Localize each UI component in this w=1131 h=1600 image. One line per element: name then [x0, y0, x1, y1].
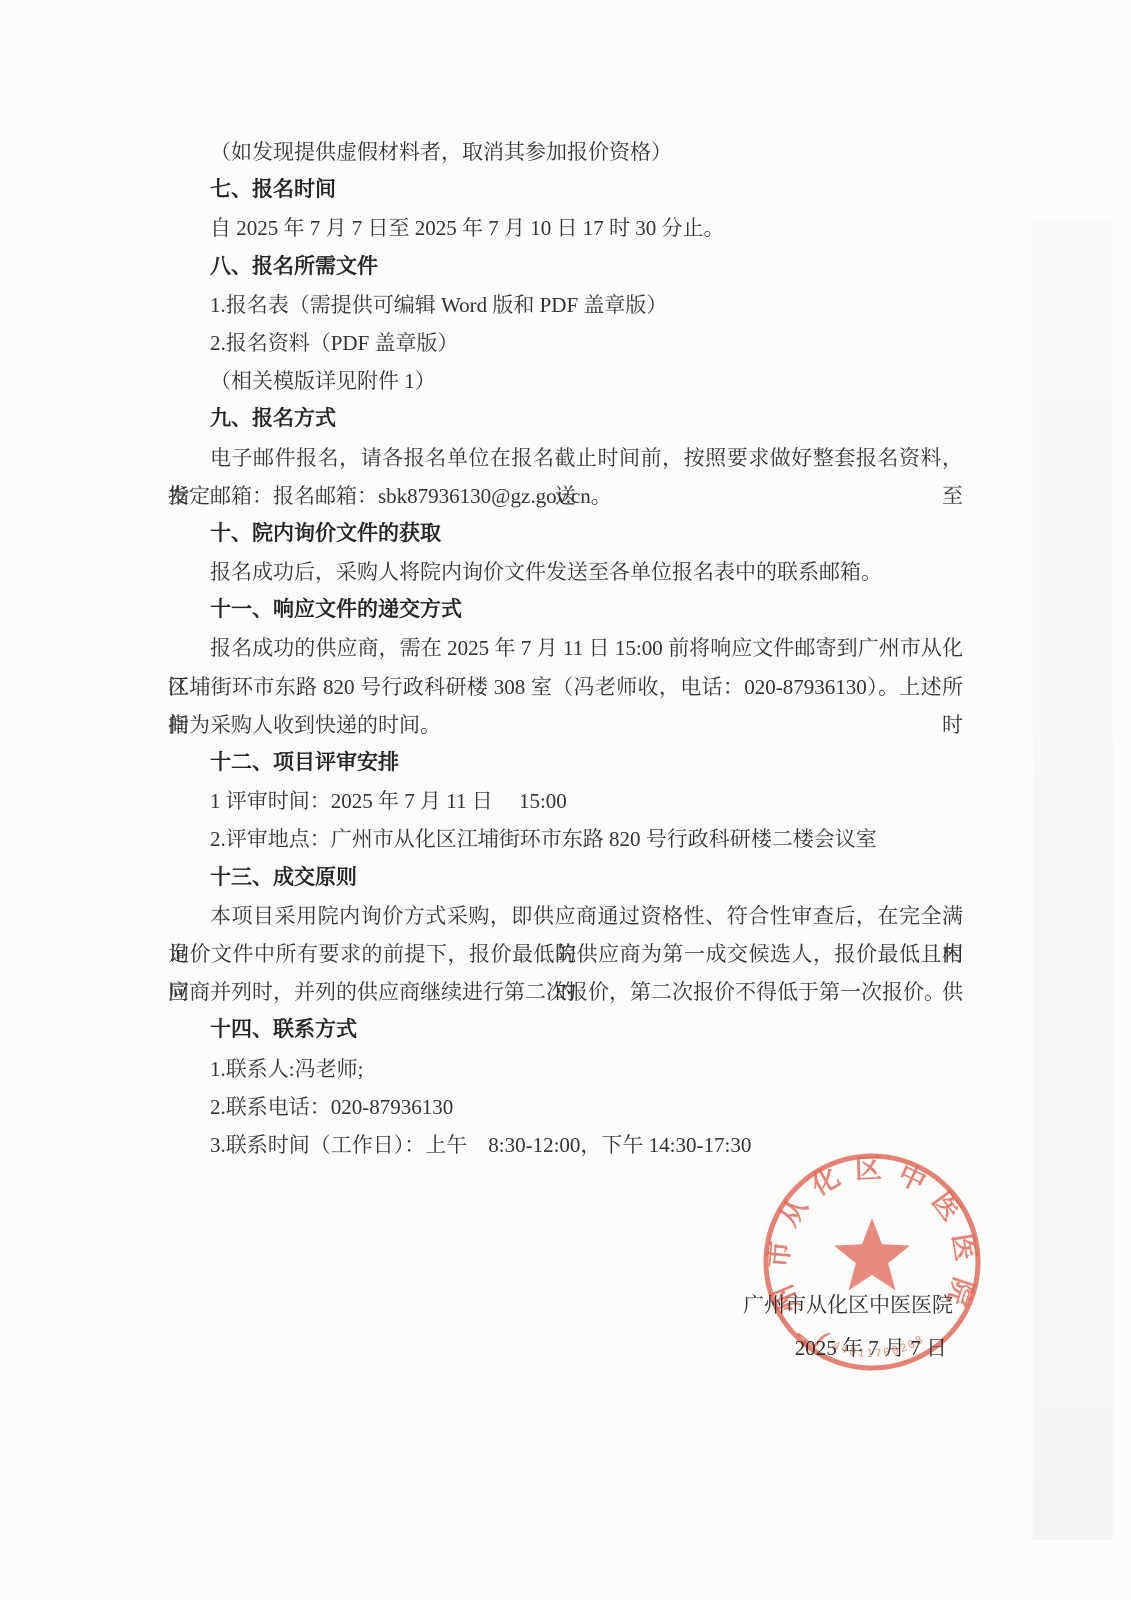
document-line: 1.联系人:冯老师;: [168, 1050, 963, 1088]
document-line: 询价文件中所有要求的前提下，报价最低的供应商为第一成交候选人，报价最低且相同的供: [168, 935, 963, 973]
section-heading: 十、院内询价文件的获取: [168, 515, 963, 553]
seal-star-icon: [834, 1218, 910, 1290]
document-line: 本项目采用院内询价方式采购，即供应商通过资格性、符合性审查后，在完全满足院内: [168, 897, 963, 935]
section-heading: 九、报名方式: [168, 400, 963, 438]
document-line: （如发现提供虚假材料者，取消其参加报价资格）: [168, 133, 963, 171]
section-heading: 七、报名时间: [168, 171, 963, 209]
document-line: 1.报名表（需提供可编辑 Word 版和 PDF 盖章版）: [168, 286, 963, 324]
document-line: 电子邮件报名，请各报名单位在报名截止时间前，按照要求做好整套报名资料，发送至: [168, 439, 963, 477]
document-line: 自 2025 年 7 月 7 日至 2025 年 7 月 10 日 17 时 3…: [168, 209, 963, 247]
signature-org: 广州市从化区中医医院: [743, 1284, 953, 1327]
document-line: 应商并列时，并列的供应商继续进行第二次报价，第二次报价不得低于第一次报价。: [168, 973, 963, 1011]
document-line: 报名成功后，采购人将院内询价文件发送至各单位报名表中的联系邮箱。: [168, 553, 963, 591]
document-line: 报名成功的供应商，需在 2025 年 7 月 11 日 15:00 前将响应文件…: [168, 629, 963, 667]
document-line: 江埔街环市东路 820 号行政科研楼 308 室（冯老师收，电话：020-879…: [168, 668, 963, 706]
section-heading: 十二、项目评审安排: [168, 744, 963, 782]
document-line: （相关模版详见附件 1）: [168, 362, 963, 400]
section-heading: 十三、成交原则: [168, 859, 963, 897]
document-body: （如发现提供虚假材料者，取消其参加报价资格）七、报名时间自 2025 年 7 月…: [168, 0, 963, 1164]
section-heading: 八、报名所需文件: [168, 248, 963, 286]
document-line: 2.报名资料（PDF 盖章版）: [168, 324, 963, 362]
document-page: （如发现提供虚假材料者，取消其参加报价资格）七、报名时间自 2025 年 7 月…: [0, 0, 1131, 1600]
section-heading: 十四、联系方式: [168, 1011, 963, 1049]
scan-artifact: [1033, 220, 1113, 1540]
document-line: 2.评审地点：广州市从化区江埔街环市东路 820 号行政科研楼二楼会议室: [168, 820, 963, 858]
section-heading: 十一、响应文件的递交方式: [168, 591, 963, 629]
signature-block: 广州市从化区中医医院 2025 年 7 月 7 日: [743, 1284, 953, 1370]
signature-date: 2025 年 7 月 7 日: [743, 1327, 953, 1370]
document-line: 2.联系电话：020-87936130: [168, 1088, 963, 1126]
document-line: 1 评审时间：2025 年 7 月 11 日 15:00: [168, 782, 963, 820]
